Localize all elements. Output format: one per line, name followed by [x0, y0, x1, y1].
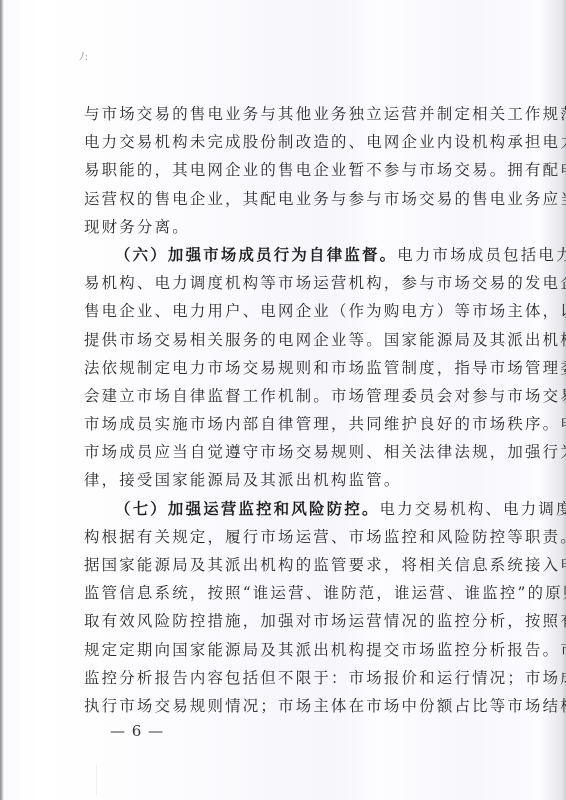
text-line-16: 构根据有关规定，履行市场运营、市场监控和风险防控等职责。根: [84, 523, 504, 551]
text-line-18: 监管信息系统，按照“谁运营、谁防范，谁运营、谁监控”的原则，采: [84, 579, 504, 607]
scan-artifact-line: [96, 765, 111, 795]
section-7-heading: （七）加强运营监控和风险防控。: [115, 500, 380, 518]
section-7-first-line: （七）加强运营监控和风险防控。电力交易机构、电力调度机: [84, 495, 504, 523]
text-line-5: 现财务分离。: [84, 213, 504, 241]
text-line-9: 提供市场交易相关服务的电网企业等。国家能源局及其派出机构依: [84, 326, 504, 354]
section-7-text: 电力交易机构、电力调度机: [380, 500, 566, 518]
text-line-14: 律，接受国家能源局及其派出机构监管。: [84, 466, 504, 494]
document-page: ﾉ: 与市场交易的售电业务与其他业务独立运营并制定相关工作规范。 电力交易机构未…: [0, 0, 566, 800]
section-6-first-line: （六）加强市场成员行为自律监督。电力市场成员包括电力交: [84, 241, 504, 269]
text-line-4: 运营权的售电企业，其配电业务与参与市场交易的售电业务应当实: [84, 185, 504, 213]
text-line-13: 市场成员应当自觉遵守市场交易规则、相关法律法规，加强行为自: [84, 438, 504, 466]
section-6-heading: （六）加强市场成员行为自律监督。: [115, 246, 397, 264]
page-number: — 6 —: [110, 722, 164, 740]
text-line-3: 易职能的，其电网企业的售电企业暂不参与市场交易。拥有配电网: [84, 156, 504, 184]
text-line-17: 据国家能源局及其派出机构的监管要求，将相关信息系统接入电力: [84, 551, 504, 579]
text-line-8: 售电企业、电力用户、电网企业（作为购电方）等市场主体，以及: [84, 297, 504, 325]
document-body: 与市场交易的售电业务与其他业务独立运营并制定相关工作规范。 电力交易机构未完成股…: [84, 100, 504, 720]
text-line-12: 市场成员实施市场内部自律管理，共同维护良好的市场秩序。电力: [84, 410, 504, 438]
text-line-2: 电力交易机构未完成股份制改造的、电网企业内设机构承担电力交: [84, 128, 504, 156]
text-line-20: 规定定期向国家能源局及其派出机构提交市场监控分析报告。市场: [84, 636, 504, 664]
text-line-1: 与市场交易的售电业务与其他业务独立运营并制定相关工作规范。: [84, 100, 504, 128]
text-line-19: 取有效风险防控措施，加强对市场运营情况的监控分析，按照有关: [84, 607, 504, 635]
text-line-10: 法依规制定电力市场交易规则和市场监管制度，指导市场管理委员: [84, 354, 504, 382]
text-line-22: 执行市场交易规则情况；市场主体在市场中份额占比等市场结构化: [84, 692, 504, 720]
text-line-7: 易机构、电力调度机构等市场运营机构，参与市场交易的发电企业、: [84, 269, 504, 297]
scan-artifact-mark: ﾉ:: [79, 48, 88, 64]
section-6-text: 电力市场成员包括电力交: [397, 246, 566, 264]
text-line-21: 监控分析报告内容包括但不限于：市场报价和运行情况；市场成员: [84, 664, 504, 692]
text-line-11: 会建立市场自律监督工作机制。市场管理委员会对参与市场交易的: [84, 382, 504, 410]
